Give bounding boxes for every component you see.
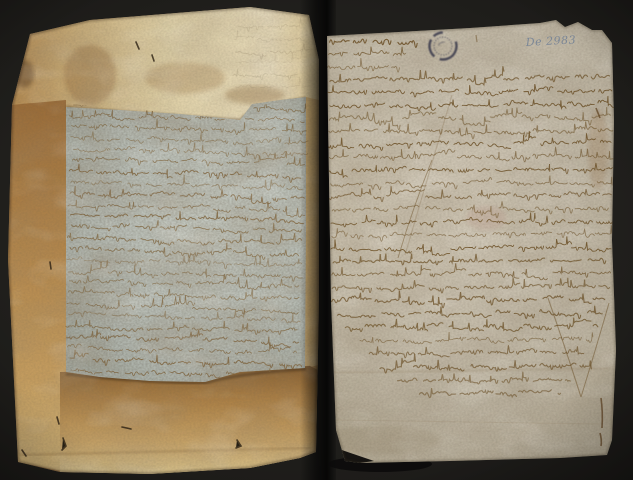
shelfmark: De 2983 — [524, 33, 576, 49]
photo-backdrop: De 2983 — [0, 0, 633, 480]
left-page-parchment-cover — [0, 0, 330, 480]
right-page-manuscript-leaf: De 2983 — [320, 15, 620, 472]
corner-smudge — [320, 426, 440, 454]
